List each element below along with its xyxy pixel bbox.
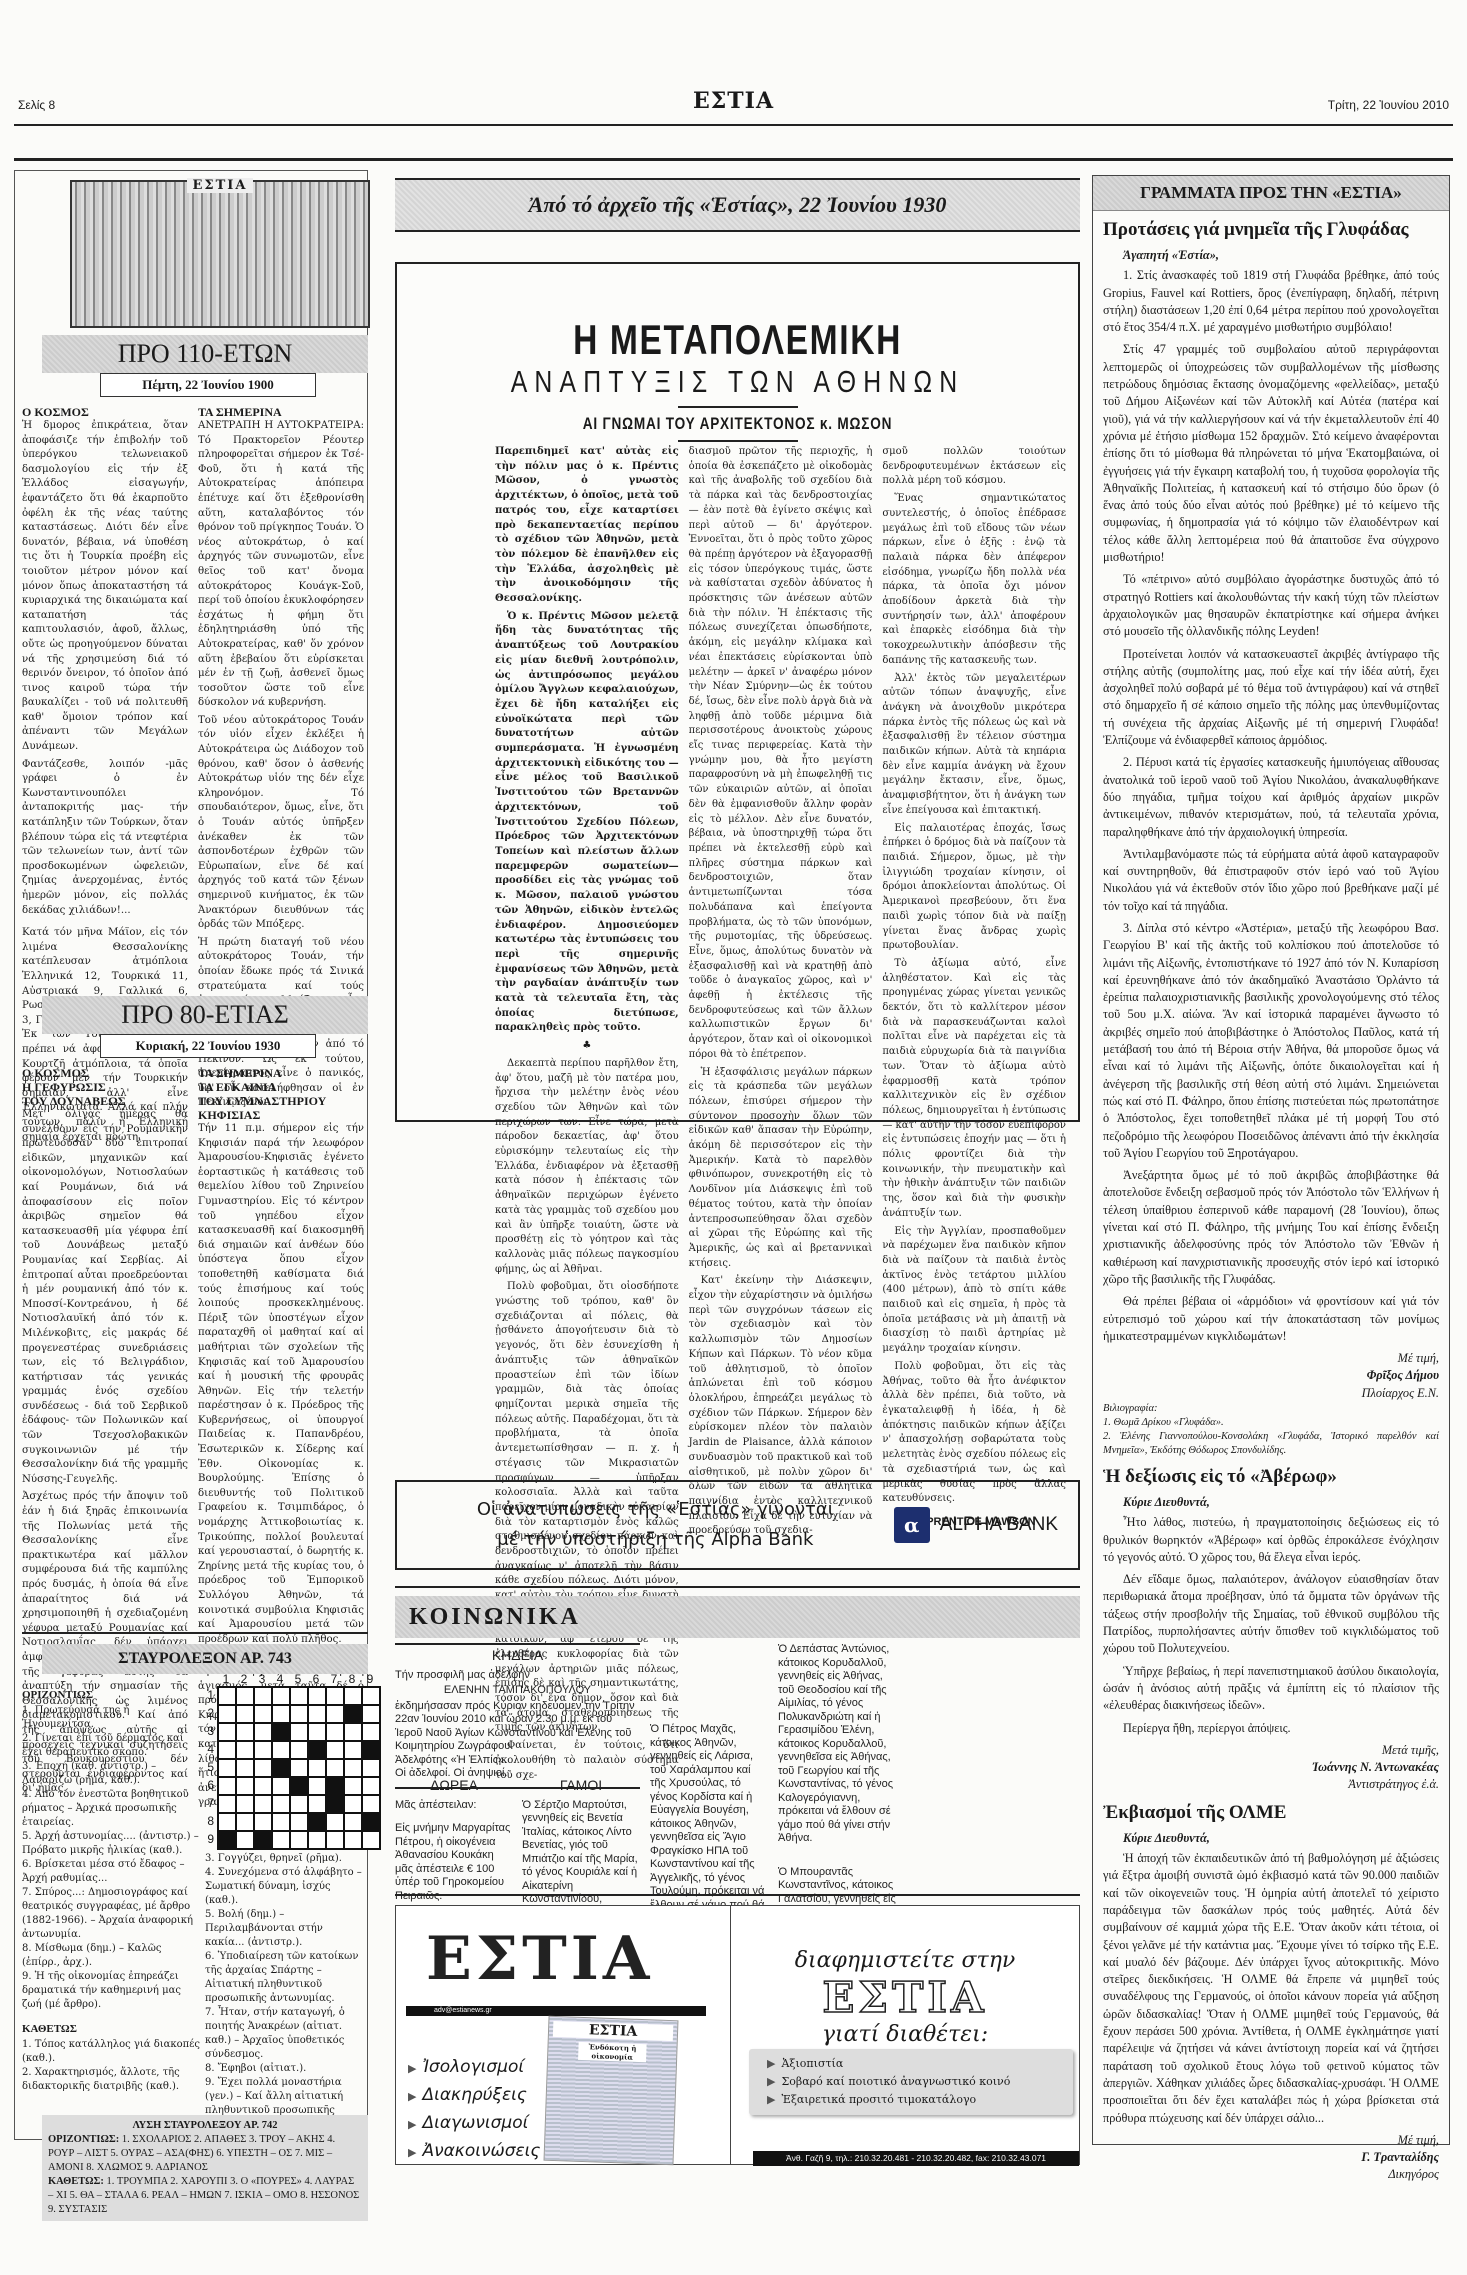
benefit-item: ▶Σοβαρό καί ποιοτικό ἀναγνωστικό κοινό [767, 2073, 1055, 2091]
bibliography-title: Βιλιογραφία: [1103, 1402, 1439, 1416]
letters-heading: ΓΡΑΜΜΑΤΑ ΠΡΟΣ ΤΗΝ «ΕΣΤΙΑ» [1093, 176, 1449, 211]
clue-down: 8. Ἔφηβοι (αἰτιατ.). [205, 2062, 365, 2076]
crossword-cell[interactable] [218, 1741, 236, 1759]
divider [22, 1632, 368, 1634]
clue-across: 6. Βρίσκεται μέσα στό ἔδαφος – Ἀρχή ραθυ… [22, 1858, 202, 1886]
clue-down: 6. Ὑποδιαίρεση τῶν κατοίκων τῆς ἀρχαίας … [205, 1950, 365, 2006]
crossword-cell[interactable] [236, 1795, 254, 1813]
letter-salutation: Ἀγαπητή «Ἑστία», [1123, 247, 1439, 264]
letter-title: Ἡ δεξίωσις εἰς τό «Ἀβέρωφ» [1103, 1466, 1449, 1488]
paragraph: Ἀντιλαμβανόμαστε πώς τά εὑρήματα αὐτά ἀφ… [1103, 846, 1439, 915]
paragraph: 2. Πέρυσι κατά τίς ἐργασίες κατασκευῆς ἡ… [1103, 754, 1439, 840]
donation-title: ΔΩΡΕΑ [395, 1779, 513, 1793]
headline-main: Η ΜΕΤΑΠΟΛΕΜΙΚΗ [465, 316, 1010, 364]
letter-author: Φρῖξος Δήμου [1103, 1367, 1439, 1384]
letter-author: Ἰωάννης Ν. Ἀντωνακέας [1103, 1759, 1439, 1776]
crossword-cell[interactable] [272, 1705, 290, 1723]
service-item: ▶Ἀνακοινώσεις [408, 2138, 540, 2166]
crossword-cell[interactable] [362, 1705, 380, 1723]
crossword-cell[interactable] [254, 1795, 272, 1813]
black-cell [362, 1813, 380, 1831]
deceased-name: ΕΛΕΝΗΝ ΤΑΜΠΑΚΟΠΟΥΛΟΥ [395, 1684, 640, 1698]
paragraph: ΑΝΕΤΡΑΠΗ Η ΑΥΤΟΚΡΑΤΕΙΡΑ: Τό Πρακτορεῖον … [198, 419, 364, 711]
clue-across: 9. Ἡ τῆς οἰκονομίας ἐπηρεάζει δραματικά … [22, 1970, 202, 2012]
clue-down: 1. Τόπος κατάλληλος γιά διακοπές (καθ.). [22, 2038, 202, 2066]
crossword-cell[interactable] [218, 1687, 236, 1705]
donation-notice: ΔΩΡΕΑ Μᾶς ἀπέστειλαν: Εἰς μνήμην Μαργαρί… [395, 1775, 513, 1903]
letter-closing: Μέ τιμή, [1103, 2132, 1439, 2149]
masthead-rule [14, 124, 1453, 126]
triangle-icon: ▶ [408, 2062, 416, 2075]
separator: ♣ [495, 1039, 679, 1054]
letter-author: Γ. Τρανταλίδης [1103, 2149, 1439, 2166]
funeral-body: ἐκδημήσασαν πρός Κύριον κηδεύομεν τήν Τρ… [395, 1700, 640, 1754]
clue-down: 4. Συνεχόμενα στό ἀλφάβητο – Σωματική δύ… [205, 1866, 365, 1908]
crossword-cell[interactable] [236, 1723, 254, 1741]
letter-author-role: Πλοίαρχος Ε.Ν. [1103, 1385, 1439, 1402]
black-cell [218, 1831, 236, 1849]
column-number: 2 [235, 1672, 253, 1686]
crossword-cell[interactable] [218, 1723, 236, 1741]
crossword-cell[interactable] [236, 1741, 254, 1759]
paragraph: Τὸ ἀξίωμα αὐτό, εἶνε ἀληθέστατον. Καὶ εἰ… [882, 957, 1066, 1222]
crossword-cell[interactable] [236, 1813, 254, 1831]
crossword-cell[interactable] [362, 1687, 380, 1705]
crossword-cell[interactable] [326, 1831, 344, 1849]
crossword-cell[interactable] [362, 1831, 380, 1849]
letter-closing: Μέ τιμή, [1103, 1350, 1439, 1367]
sponsor-text: Οἱ ἀνατυπώσεις τῆς «Ἑστίας» γίνονται μέ … [417, 1495, 894, 1555]
crossword-cell[interactable] [218, 1813, 236, 1831]
section-heading-80: ΠΡΟ 80-ΕΤΙΑΣ [42, 996, 368, 1034]
crossword-cell[interactable] [236, 1705, 254, 1723]
crossword-cell[interactable] [308, 1777, 326, 1795]
wedding-notice: Ὁ Δεπάστας Ἀντώνιος, κάτοικος Κορυδαλλοῦ… [778, 1643, 896, 1846]
row-number: 7 [200, 1794, 214, 1812]
rule [678, 440, 798, 442]
crossword-cell[interactable] [308, 1687, 326, 1705]
advert-right: διαφημιστείτε στην ΕΣΤΙΑ γιατί διαθέτει:… [731, 1906, 1079, 2164]
advert-email[interactable]: adv@estianews.gr [406, 2006, 706, 2016]
headline-secondary: ΑΝΑΠΤΥΞΙΣ ΤΩΝ ΑΘΗΝΩΝ [465, 364, 1010, 400]
paragraph: Δεκαεπτὰ περίπου παρῆλθον ἔτη, ἀφ' ὅτου,… [495, 1057, 679, 1278]
paragraph: Στίς 47 γραμμές τοῦ συμβολαίου αὐτοῦ περ… [1103, 341, 1439, 566]
paragraph: Ἀνεξάρτητα ὅμως μέ τό ποῦ ἀκριβῶς ἀποβιβ… [1103, 1167, 1439, 1288]
paragraph: Ἕνας σημαντικώτατος συντελεστής, ὁ ὁποῖο… [882, 492, 1066, 668]
crossword-grid-wrapper: 123456789 123456789 [200, 1672, 381, 1850]
crossword-cell[interactable] [218, 1705, 236, 1723]
solution-across-label: ΟΡΙΖΟΝΤΙΩΣ: [48, 2134, 119, 2145]
black-cell [326, 1795, 344, 1813]
crossword-cell[interactable] [218, 1777, 236, 1795]
down-title: ΚΑΘΕΤΩΣ [22, 2022, 202, 2036]
paragraph: Τοῦ νέου αὐτοκράτορος Τουάν τόν υἱόν εἶχ… [198, 714, 364, 933]
crossword-cell[interactable] [290, 1705, 308, 1723]
service-item: ▶Ἰσολογισμοί [408, 2054, 540, 2082]
divider [395, 1894, 1080, 1896]
engraving-label: ΕΣΤΙΑ [187, 178, 254, 193]
crossword-cell[interactable] [344, 1813, 362, 1831]
paragraph: σμοῦ πολλῶν τοιούτων δενδροφυτευμένων ἐκ… [882, 445, 1066, 489]
weddings-title: ΓΑΜΟΙ [522, 1779, 640, 1793]
crossword-cell[interactable] [326, 1705, 344, 1723]
funeral-intro: Τήν προσφιλῆ μας ἀδελφήν [395, 1669, 640, 1683]
subheadline: ΑΙ ΓΝΩΜΑΙ ΤΟΥ ΑΡΧΙΤΕΚΤΟΝΟΣ κ. ΜΩΣΟΝ [465, 414, 1010, 434]
clue-down: 2. Χαρακτηρισμός, ἄλλοτε, τῆς διδακτορικ… [22, 2066, 202, 2094]
paragraph: 1. Στίς ἀνασκαφές τοῦ 1819 στή Γλυφάδα β… [1103, 267, 1439, 336]
crossword-cell[interactable] [308, 1831, 326, 1849]
triangle-icon: ▶ [767, 2093, 775, 2106]
crossword-cell[interactable] [254, 1687, 272, 1705]
crossword-cell[interactable] [272, 1741, 290, 1759]
sponsor-banner: Οἱ ἀνατυπώσεις τῆς «Ἑστίας» γίνονται μέ … [395, 1480, 1080, 1570]
black-cell [254, 1831, 272, 1849]
section-heading-110: ΠΡΟ 110-ΕΤΩΝ [42, 335, 368, 373]
crossword-cell[interactable] [344, 1831, 362, 1849]
advert-logo: ΕΣΤΙΑ [426, 1924, 653, 1994]
paragraph: Περίεργα ἤθη, περίεργοι ἀπόψεις. [1103, 1720, 1439, 1737]
crossword-cell[interactable] [344, 1687, 362, 1705]
crossword-cell[interactable] [290, 1831, 308, 1849]
letter-averof: Κύριε Διευθυντά, Ἦτο λάθος, πιστεύω, ἡ π… [1093, 1494, 1449, 1794]
letter-author-role: Δικηγόρος [1103, 2166, 1439, 2183]
crossword-cell[interactable] [236, 1831, 254, 1849]
crossword-cell[interactable] [308, 1759, 326, 1777]
section-date-80: Κυριακή, 22 Ἰουνίου 1930 [100, 1034, 316, 1058]
paragraph: Φαντάζεσθε, λοιπόν -μᾶς γράφει ὁ ἐν Κωνσ… [22, 758, 188, 919]
bibliography-item: 1. Θωμᾶ Δρίκου «Γλυφάδα». [1103, 1416, 1439, 1430]
crossword-cell[interactable] [326, 1813, 344, 1831]
black-cell [362, 1741, 380, 1759]
triangle-icon: ▶ [767, 2057, 775, 2070]
service-item: ▶Διαγωνισμοί [408, 2110, 540, 2138]
row-number: 8 [200, 1812, 214, 1830]
clue-across: 4. Ἀπό τόν ἐνεστῶτα βοηθητικοῦ ρήματος –… [22, 1788, 202, 1830]
thumbnail-headline: Ἐνδόκοτη ἡ οἰκονομία [578, 2042, 647, 2062]
crossword-cell[interactable] [290, 1813, 308, 1831]
clue-down: 7. Ἦταν, στήν καταγωγή, ὁ ποιητής Ἀνακρέ… [205, 2006, 365, 2062]
benefit-item: ▶Ἐξαιρετικά προσιτό τιμοκατάλογο [767, 2091, 1055, 2109]
paragraph: Θά πρέπει βέβαια οἱ «ἁρμόδιοι» νά φροντί… [1103, 1293, 1439, 1345]
advert-outline-logo: ΕΣΤΙΑ [731, 1973, 1079, 2022]
clue-across: 5. Ἀρχή ἀστυνομίας.... (ἀντιστρ.) – Πρόβ… [22, 1830, 202, 1858]
crossword-cell[interactable] [236, 1759, 254, 1777]
crossword-cell[interactable] [254, 1777, 272, 1795]
funeral-association: Ἀδελφότης «Ἡ Ἐλπίς». [395, 1754, 640, 1768]
crossword-cell[interactable] [308, 1705, 326, 1723]
crossword-cell[interactable] [326, 1741, 344, 1759]
letter-olme: Κύριε Διευθυντά, Ἡ ἀποχή τῶν ἐκπαιδευτικ… [1093, 1830, 1449, 2184]
column-number: 9 [361, 1672, 379, 1686]
issue-date: Τρίτη, 22 Ἰουνίου 2010 [1328, 98, 1449, 112]
rule [678, 406, 798, 408]
crossword-cell[interactable] [290, 1741, 308, 1759]
service-item: ▶Διακηρύξεις [408, 2082, 540, 2110]
column-number: 5 [289, 1672, 307, 1686]
crossword-cell[interactable] [362, 1777, 380, 1795]
crossword-cell[interactable] [272, 1831, 290, 1849]
crossword-cell[interactable] [326, 1723, 344, 1741]
newspaper-title: ΕΣΤΙΑ [0, 88, 1467, 114]
crossword-cell[interactable] [290, 1795, 308, 1813]
row-numbers: 123456789 [200, 1686, 214, 1850]
paragraph: Εἰς τὴν Ἀγγλίαν, προσπαθοῦμεν νὰ παρέχωμ… [882, 1225, 1066, 1357]
row-number: 6 [200, 1776, 214, 1794]
crossword-cell[interactable] [236, 1687, 254, 1705]
triangle-icon: ▶ [408, 2090, 416, 2103]
crossword-cell[interactable] [344, 1759, 362, 1777]
paragraph: Τό «πέτρινο» αὐτό συμβόλαιο ἀγοράστηκε δ… [1103, 571, 1439, 640]
paragraph: Ἡ ἐξασφάλισις μεγάλων πάρκων εἰς τὰ κράσ… [689, 1066, 873, 1272]
paragraph: διασμοῦ πρῶτον τῆς περιοχῆς, ἡ ὁποία θὰ … [689, 445, 873, 1063]
thumbnail-title: ΕΣΤΙΑ [553, 2021, 673, 2041]
crossword-cell[interactable] [326, 1687, 344, 1705]
black-cell [308, 1813, 326, 1831]
clue-across: 2. Γίνεται ἐπί τοῦ δέρματος καί ἔχει θερ… [22, 1732, 202, 1760]
crossword-cell[interactable] [362, 1759, 380, 1777]
donation-intro: Μᾶς ἀπέστειλαν: [395, 1799, 513, 1813]
crossword-cell[interactable] [344, 1741, 362, 1759]
crossword-cell[interactable] [344, 1723, 362, 1741]
crossword-cell[interactable] [254, 1741, 272, 1759]
triangle-icon: ▶ [767, 2075, 775, 2088]
benefit-item: ▶Ἀξιοπιστία [767, 2055, 1055, 2073]
divider [395, 1586, 1080, 1588]
black-cell [290, 1777, 308, 1795]
crossword-cell[interactable] [272, 1687, 290, 1705]
rule [395, 1643, 640, 1645]
letters-column: ΓΡΑΜΜΑΤΑ ΠΡΟΣ ΤΗΝ «ΕΣΤΙΑ» Προτάσεις γιά … [1092, 175, 1450, 2145]
crossword-cell[interactable] [290, 1723, 308, 1741]
black-cell [344, 1705, 362, 1723]
masthead: Σελίς 8 ΕΣΤΙΑ Τρίτη, 22 Ἰουνίου 2010 [0, 88, 1467, 126]
paragraph: Παρεπιδημεῖ κατ' αὐτὰς εἰς τὴν πόλιν μας… [495, 445, 679, 607]
crossword-cell[interactable] [236, 1777, 254, 1795]
funeral-notice: ΚΗΔΕΙΑ Τήν προσφιλῆ μας ἀδελφήν ΕΛΕΝΗΝ Τ… [395, 1643, 640, 1789]
clue-across: 3. Ἐποχή (καθ. ἀντιστρ.) – Λαναρίζω (ρῆμ… [22, 1760, 202, 1788]
letter-salutation: Κύριε Διευθυντά, [1123, 1494, 1439, 1511]
section-date-110: Πέμτη, 22 Ἰουνίου 1900 [100, 373, 316, 397]
letter-salutation: Κύριε Διευθυντά, [1123, 1830, 1439, 1847]
row-number: 4 [200, 1740, 214, 1758]
funeral-title: ΚΗΔΕΙΑ [395, 1649, 640, 1663]
crossword-heading: ΣΤΑΥΡΟΛΕΞΟΝ ΑΡ. 743 [42, 1644, 368, 1674]
advert-tagline-1: διαφημιστείτε στην [731, 1948, 1079, 1973]
crossword-cell[interactable] [344, 1795, 362, 1813]
crossword-grid[interactable] [217, 1686, 381, 1850]
triangle-icon: ▶ [408, 2146, 416, 2159]
crossword-cell[interactable] [254, 1705, 272, 1723]
newspaper-thumbnail: ΕΣΤΙΑ Ἐνδόκοτη ἡ οἰκονομία [544, 2016, 679, 2165]
crossword-cell[interactable] [254, 1759, 272, 1777]
paragraph: Ἡ ἀποχή τῶν ἐκπαιδευτικῶν ἀπό τή βαθμολό… [1103, 1850, 1439, 2127]
crossword-cell[interactable] [254, 1723, 272, 1741]
estia-advert: ΕΣΤΙΑ adv@estianews.gr ΕΣΤΙΑ Ἐνδόκοτη ἡ … [395, 1905, 1080, 2165]
black-cell [272, 1723, 290, 1741]
advert-services-list: ▶Ἰσολογισμοί ▶Διακηρύξεις ▶Διαγωνισμοί ▶… [408, 2054, 540, 2166]
paragraph: Μετ' ὀλίγας ἡμέρας θά συνέλθουν εἰς τήν … [22, 1108, 188, 1487]
alpha-bank-logo-icon: α [894, 1507, 930, 1543]
column-number: 4 [271, 1672, 289, 1686]
sponsor-line-1: Οἱ ἀνατυπώσεις τῆς «Ἑστίας» γίνονται [417, 1495, 894, 1525]
paragraph: Προτείνεται λοιπόν νά κατασκευαστεῖ ἀκρι… [1103, 646, 1439, 750]
black-cell [272, 1759, 290, 1777]
crossword-cell[interactable] [272, 1813, 290, 1831]
triangle-icon: ▶ [408, 2118, 416, 2131]
black-cell [308, 1741, 326, 1759]
crossword-cell[interactable] [326, 1759, 344, 1777]
letter-title: Προτάσεις γιά μνημεῖα τῆς Γλυφάδας [1103, 219, 1449, 241]
across-title: ΟΡΙΖΟΝΤΙΩΣ [22, 1688, 202, 1702]
article-title: Ο ΚΟΣΜΟΣ Η ΓΕΦΥΡΩΣΙΣ ΤΟΥ ΔΟΥΝΑΒΕΩΣ [22, 1066, 188, 1108]
advert-tagline-2: γιατί διαθέτει: [731, 2022, 1079, 2047]
koinonika-heading: ΚΟΙΝΩΝΙΚΑ [395, 1596, 1080, 1638]
crossword-solution: ΛΥΣΗ ΣΤΑΥΡΟΛΕΞΟΥ ΑΡ. 742 ΟΡΙΖΟΝΤΙΩΣ: 1. … [42, 2115, 368, 2221]
paragraph: Ὁ κ. Πρέντις Μῶσον μελετᾷ ἤδη τὰς δυνατό… [495, 610, 679, 1036]
solution-title: ΛΥΣΗ ΣΤΑΥΡΟΛΕΞΟΥ ΑΡ. 742 [48, 2119, 362, 2133]
crossword-cell[interactable] [254, 1813, 272, 1831]
clue-down: 3. Γογγύζει, θρηνεῖ (ρῆμα). [205, 1852, 365, 1866]
black-cell [326, 1777, 344, 1795]
column-number: 1 [217, 1672, 235, 1686]
clue-across: 7. Σπύρος...: Δημοσιογράφος καί θεατρικό… [22, 1886, 202, 1942]
crossword-cell[interactable] [218, 1759, 236, 1777]
archive-heading: Ἀπό τό ἀρχεῖο τῆς «Ἑστίας», 22 Ἰουνίου 1… [395, 178, 1080, 232]
crossword-cell[interactable] [218, 1795, 236, 1813]
article-title: Ο ΚΟΣΜΟΣ [22, 405, 188, 419]
paragraph: Ἀλλ' ἐκτὸς τῶν μεγαλειτέρων αὐτῶν τόπων … [882, 672, 1066, 819]
crossword-cell[interactable] [344, 1777, 362, 1795]
column-number: 3 [253, 1672, 271, 1686]
crossword-cell[interactable] [362, 1795, 380, 1813]
letter-author-role: Ἀντιστράτηγος ἐ.ἀ. [1103, 1776, 1439, 1793]
row-number: 5 [200, 1758, 214, 1776]
row-number: 1 [200, 1686, 214, 1704]
letter-title: Ἐκβιασμοί τῆς ΟΛΜΕ [1103, 1802, 1449, 1824]
crossword-cell[interactable] [272, 1777, 290, 1795]
letter-glyfada: Ἀγαπητή «Ἑστία», 1. Στίς ἀνασκαφές τοῦ 1… [1093, 247, 1449, 1458]
alpha-bank-logo-text: ALPHA BANK [940, 1514, 1058, 1536]
donation-body: Εἰς μνήμην Μαργαρίτας Πέτρου, ἡ οἰκογένε… [395, 1822, 513, 1903]
crossword-cell[interactable] [272, 1795, 290, 1813]
clue-across: 1. Πρωτεύουσά της ἡ Ἡγουμενίτσα. [22, 1704, 202, 1732]
paragraph: Ὑπῆρχε βεβαίως, ἡ περί πανεπιστημιακοῦ ἀ… [1103, 1663, 1439, 1715]
paragraph: Ἦτο λάθος, πιστεύω, ἡ πραγματοποίησις δε… [1103, 1514, 1439, 1566]
row-number: 3 [200, 1722, 214, 1740]
crossword-cell[interactable] [362, 1723, 380, 1741]
clue-down: 5. Βολή (δημ.) – Περιλαμβάνονται στήν κα… [205, 1908, 365, 1950]
crossword-clues-across: ΟΡΙΖΟΝΤΙΩΣ 1. Πρωτεύουσά της ἡ Ἡγουμενίτ… [22, 1682, 202, 2094]
engraving-image: ΕΣΤΙΑ [70, 180, 370, 328]
advert-left: ΕΣΤΙΑ adv@estianews.gr ΕΣΤΙΑ Ἐνδόκοτη ἡ … [396, 1906, 731, 2164]
paragraph: Εἰς παλαιοτέρας ἐποχάς, ἴσως ἐπήρκει ὁ δ… [882, 822, 1066, 954]
column-number: 6 [307, 1672, 325, 1686]
letter-closing: Μετά τιμῆς, [1103, 1742, 1439, 1759]
advert-contact-bar: Ἀνθ. Γαζῆ 9, τηλ.: 210.32.20.481 - 210.3… [753, 2151, 1079, 2166]
weddings-col-2: Ὁ Πέτρος Μαχᾶς, κάτοικος Ἀθηνῶν, γεννηθε… [650, 1643, 768, 1926]
crossword-cell[interactable] [290, 1759, 308, 1777]
paragraph: 3. Δίπλα στό κέντρο «Ἀστέρια», μεταξύ τῆ… [1103, 920, 1439, 1162]
clue-across: 8. Μίσθωμα (δημ.) – Καλῶς (ἐπίρρ., ἀρχ.)… [22, 1942, 202, 1970]
paragraph: Ἡ δμορος ἐπικράτεια, ὅταν ἀποφάσιζε τήν … [22, 419, 188, 755]
article-title: ΤΑ ΣΗΜΕΡΙΝΑ [198, 405, 364, 419]
paragraph: Τήν 11 π.μ. σήμερον εἰς τήν Κηφισιάν παρ… [198, 1122, 364, 1647]
advert-benefits: ▶Ἀξιοπιστία ▶Σοβαρό καί ποιοτικό ἀναγνωσ… [749, 2049, 1073, 2115]
row-number: 2 [200, 1704, 214, 1722]
crossword-cell[interactable] [308, 1723, 326, 1741]
crossword-cell[interactable] [308, 1795, 326, 1813]
column-number: 8 [343, 1672, 361, 1686]
paragraph: Δέν εἴδαμε ὅμως, παλαιότερον, ἀνάλογον ε… [1103, 1571, 1439, 1657]
article-title: ΤΑ ΣΗΜΕΡΙΝΑ ΤΑ ΕΓΚΑΙΝΙΑ ΤΟΥ ΓΥΜΝΑΣΤΗΡΙΟΥ… [198, 1066, 364, 1122]
solution-down-label: ΚΑΘΕΤΩΣ: [48, 2176, 104, 2187]
bibliography-item: 2. Ἑλένης Γιαννοπούλου-Κονσολάκη «Γλυφάδ… [1103, 1430, 1439, 1458]
row-number: 9 [200, 1830, 214, 1848]
sponsor-line-2: μέ τήν ὑποστήριξη τῆς Alpha Bank [417, 1525, 894, 1555]
crossword-cell[interactable] [290, 1687, 308, 1705]
column-numbers: 123456789 [217, 1672, 381, 1686]
column-number: 7 [325, 1672, 343, 1686]
top-rule [14, 158, 1453, 161]
crossword-clues-down: 3. Γογγύζει, θρηνεῖ (ρῆμα).4. Συνεχόμενα… [205, 1852, 365, 2132]
